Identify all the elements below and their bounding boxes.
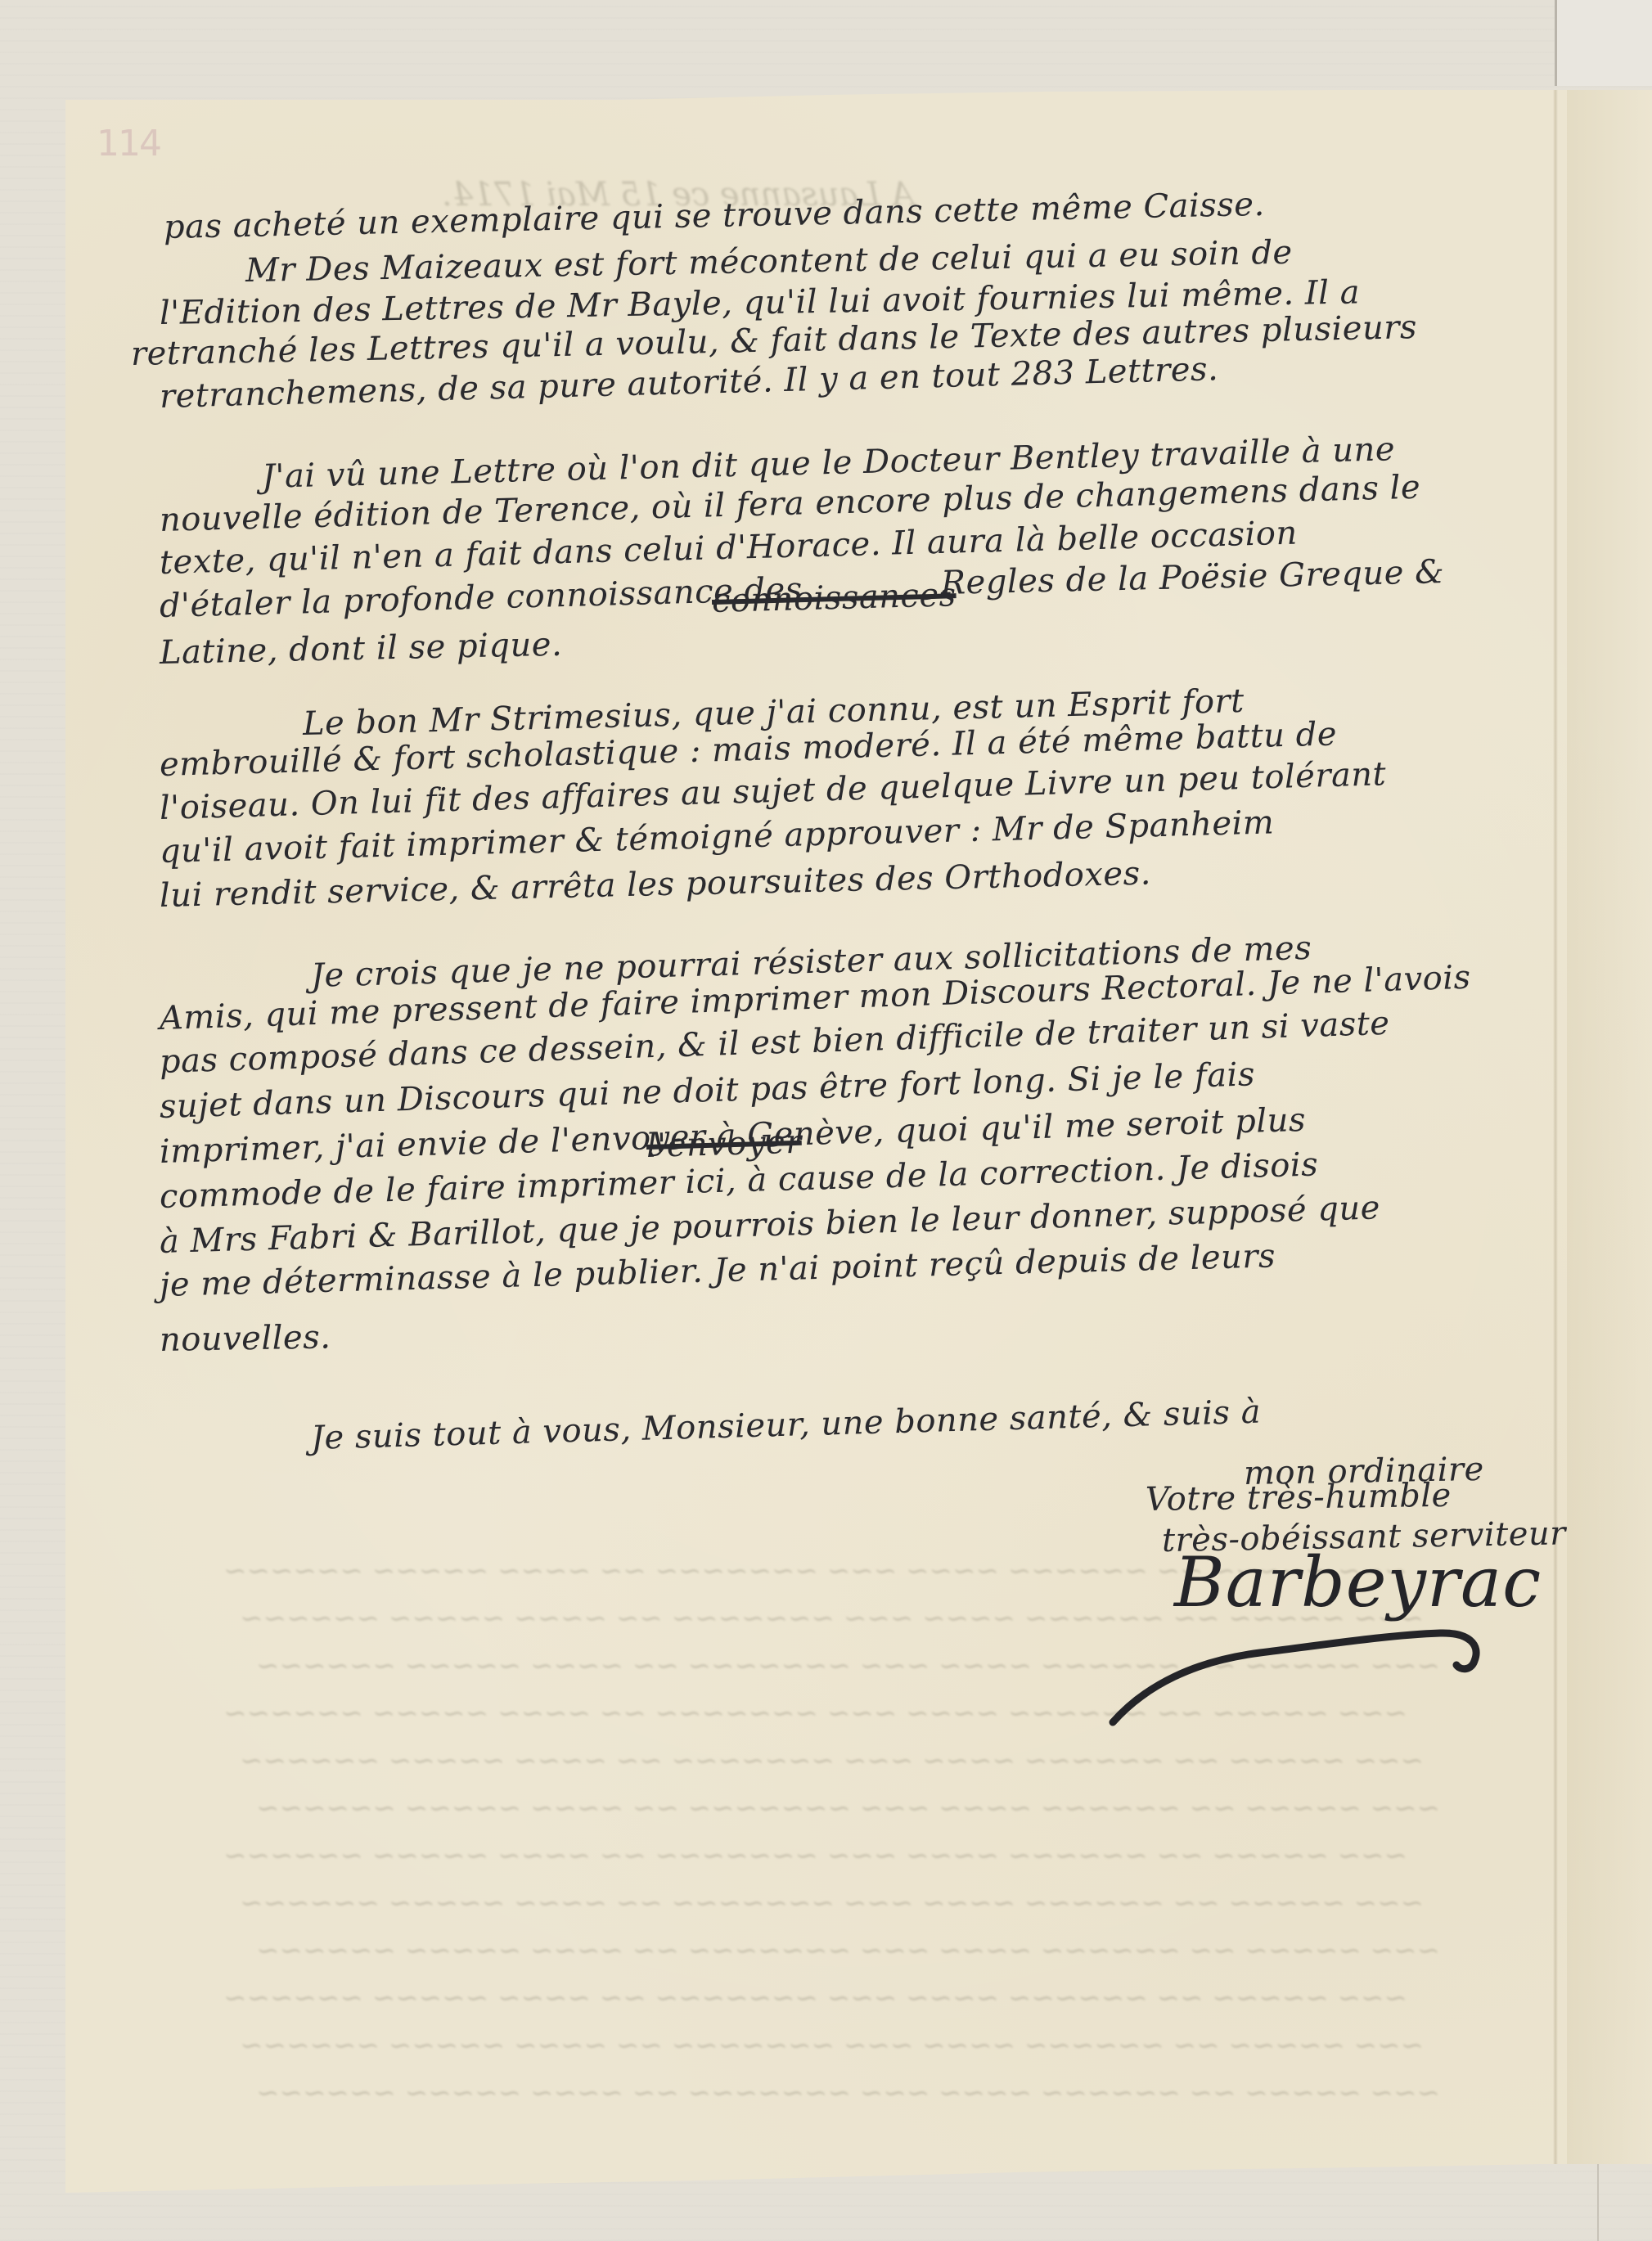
bleed-through-line: ~~~ ~~~~~ ~~ ~~~~~~ ~~~~ ~~~ ~~~~~~~ ~~ …	[164, 2029, 1424, 2062]
signature: Barbeyrac	[1174, 1542, 1542, 1622]
signature-paraph	[1096, 1628, 1506, 1726]
backing-seam-bottom	[1597, 2160, 1599, 2241]
folio-number: 114	[97, 123, 160, 164]
backing-right-strip	[1557, 0, 1652, 86]
bleed-through-line: ~~~ ~~~~~ ~~ ~~~~~~ ~~~~ ~~~ ~~~~~~~ ~~ …	[164, 1887, 1424, 1919]
bleed-through-line: ~~~ ~~~~~ ~~ ~~~~~~ ~~~~ ~~~ ~~~~~~~ ~~ …	[180, 2077, 1440, 2109]
bleed-through-line: ~~~ ~~~~~ ~~ ~~~~~~ ~~~~ ~~~ ~~~~~~~ ~~ …	[180, 1934, 1440, 1967]
struck-through-word: connoissances	[711, 576, 957, 620]
bleed-through-line: ~~~ ~~~~~ ~~ ~~~~~~ ~~~~ ~~~ ~~~~~~~ ~~ …	[180, 1792, 1440, 1825]
handwritten-line: Votre très-humble	[1146, 1477, 1452, 1519]
bleed-through-line: ~~~ ~~~~~ ~~ ~~~~~~ ~~~~ ~~~ ~~~~~~~ ~~ …	[147, 1839, 1407, 1872]
backing-seam	[1555, 0, 1557, 86]
struck-through-word: l'envoyer	[646, 1123, 802, 1165]
paper-edge-shadow	[1567, 90, 1652, 2193]
bleed-through-line: ~~~ ~~~~~ ~~ ~~~~~~ ~~~~ ~~~ ~~~~~~~ ~~ …	[164, 1744, 1424, 1777]
bleed-through-line: ~~~ ~~~~~ ~~ ~~~~~~ ~~~~ ~~~ ~~~~~~~ ~~ …	[147, 1982, 1407, 2014]
handwritten-line: nouvelles.	[160, 1318, 331, 1359]
paper-fold	[1553, 90, 1558, 2193]
